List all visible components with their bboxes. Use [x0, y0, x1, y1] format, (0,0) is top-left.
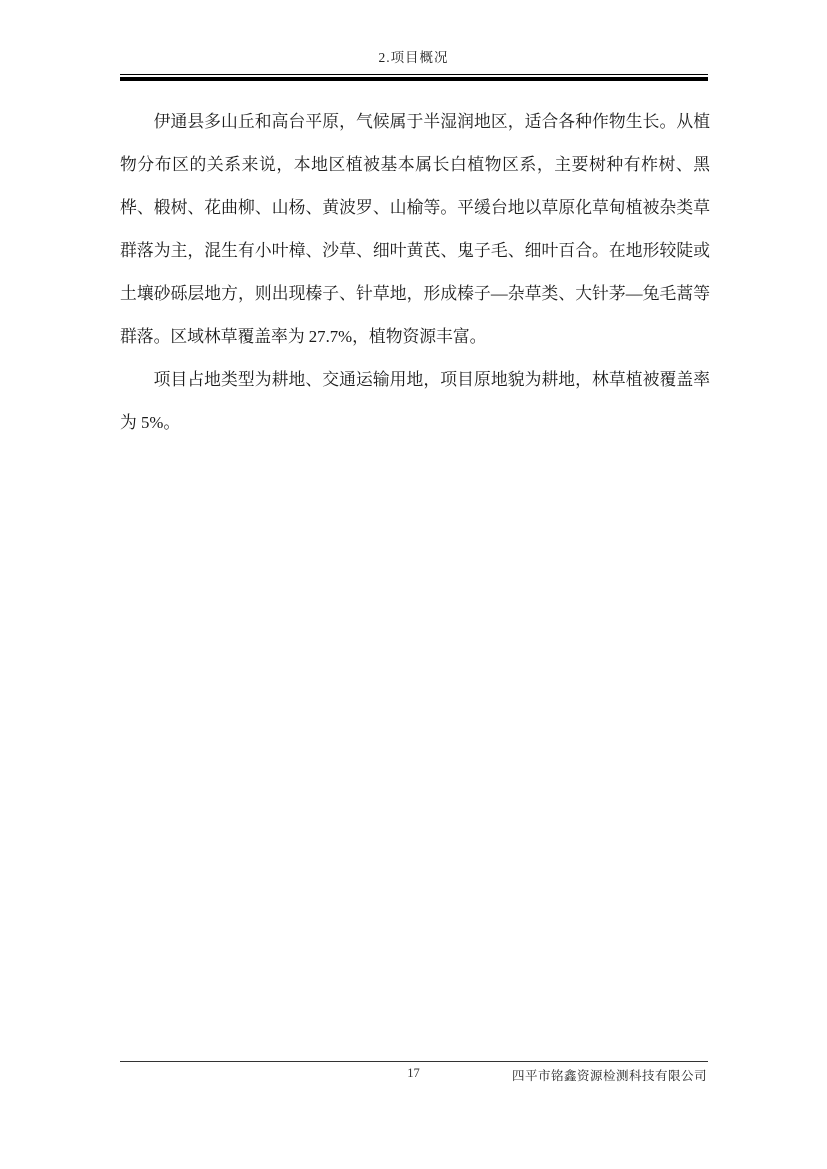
- footer-row: 17 四平市铭鑫资源检测科技有限公司: [0, 1066, 827, 1090]
- footer-rule: [120, 1061, 708, 1062]
- header-double-rule: [120, 74, 708, 81]
- document-body: 伊通县多山丘和高台平原，气候属于半湿润地区，适合各种作物生长。从植物分布区的关系…: [120, 100, 710, 444]
- page-header: 2.项目概况: [0, 0, 827, 81]
- header-section-title: 2.项目概况: [0, 46, 827, 66]
- paragraph-land-use: 项目占地类型为耕地、交通运输用地，项目原地貌为耕地，林草植被覆盖率为 5%。: [120, 358, 710, 444]
- paragraph-vegetation: 伊通县多山丘和高台平原，气候属于半湿润地区，适合各种作物生长。从植物分布区的关系…: [120, 100, 710, 358]
- footer-company-name: 四平市铭鑫资源检测科技有限公司: [512, 1066, 707, 1084]
- page-footer: 17 四平市铭鑫资源检测科技有限公司: [0, 1061, 827, 1090]
- document-page: 2.项目概况 伊通县多山丘和高台平原，气候属于半湿润地区，适合各种作物生长。从植…: [0, 0, 827, 1169]
